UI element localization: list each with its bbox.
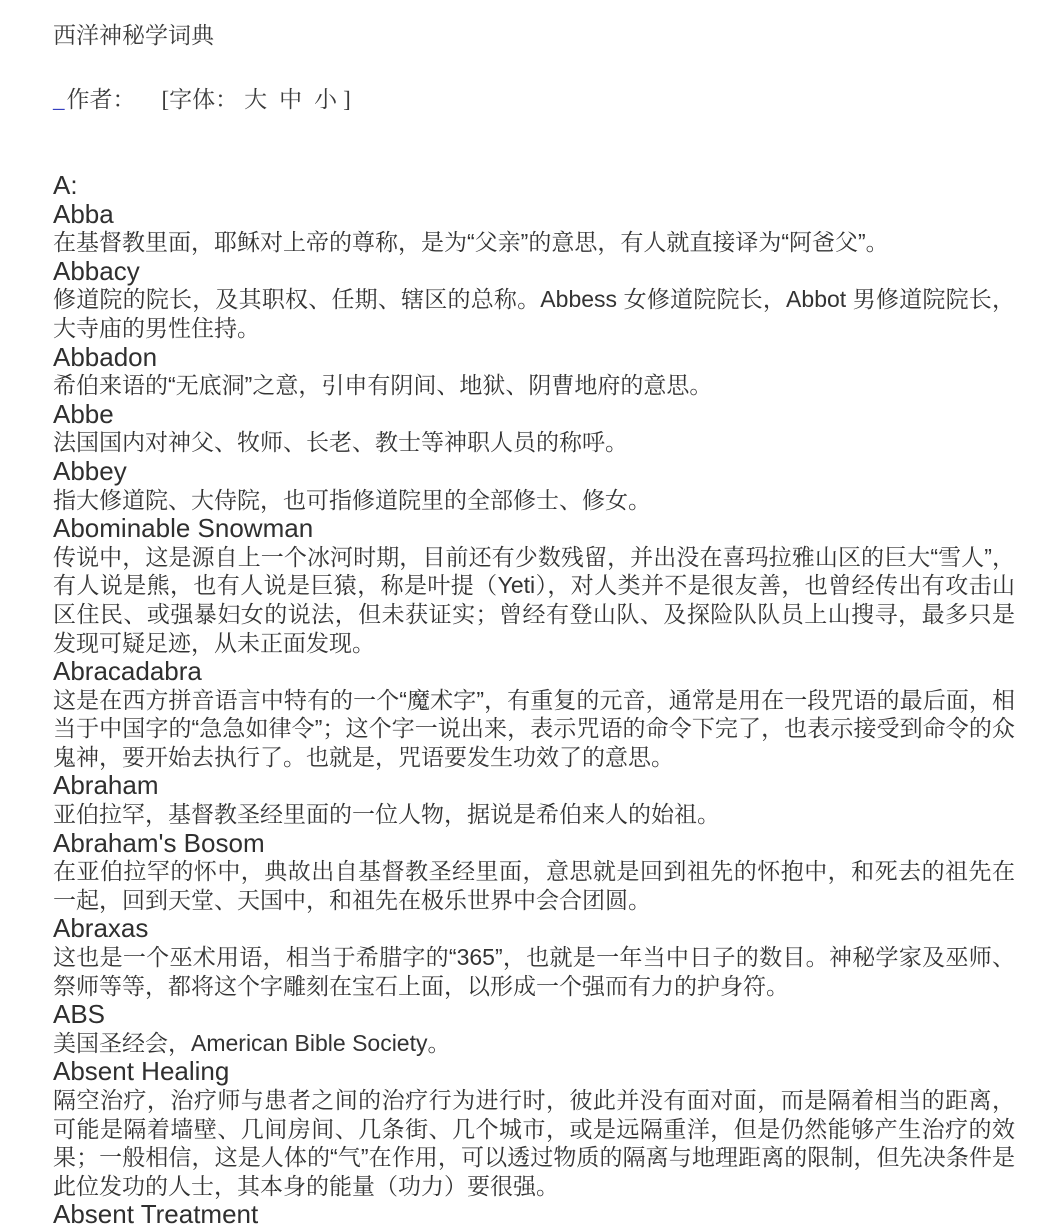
font-size-widget: [字体：大中小] (162, 87, 351, 112)
entry-term: Abracadabra (53, 657, 1015, 686)
entry-definition: 这也是一个巫术用语，相当于希腊字的“365”，也就是一年当中日子的数目。神秘学家… (53, 943, 1015, 1000)
entry-term: Abbadon (53, 343, 1015, 372)
entry-definition: 亚伯拉罕，基督教圣经里面的一位人物，据说是希伯来人的始祖。 (53, 800, 1015, 829)
entry-term: Absent Healing (53, 1057, 1015, 1086)
font-size-option-large[interactable]: 大 (244, 87, 267, 112)
entry-term: Absent Treatment (53, 1200, 1015, 1226)
section-letter: A: (53, 171, 1015, 200)
document-page: 西洋神秘学词典 _作者：[字体：大中小] A: Abba 在基督教里面，耶稣对上… (0, 0, 1061, 1226)
font-widget-prefix: [字体： (162, 87, 239, 112)
entry-definition: 希伯来语的“无底洞”之意，引申有阴间、地狱、阴曹地府的意思。 (53, 371, 1015, 400)
entry-definition: 隔空治疗，治疗师与患者之间的治疗行为进行时，彼此并没有面对面，而是隔着相当的距离… (53, 1086, 1015, 1200)
entry-term: Abraham (53, 771, 1015, 800)
author-link-underscore[interactable]: _ (53, 87, 65, 112)
entry-term: Abraxas (53, 914, 1015, 943)
entry-definition: 修道院的院长，及其职权、任期、辖区的总称。Abbess 女修道院院长，Abbot… (53, 285, 1015, 342)
entry-term: Abbacy (53, 257, 1015, 286)
entry-definition: 在亚伯拉罕的怀中，典故出自基督教圣经里面，意思就是回到祖先的怀抱中，和死去的祖先… (53, 857, 1015, 914)
entry-definition: 美国圣经会，American Bible Society。 (53, 1029, 1015, 1058)
font-widget-suffix: ] (343, 87, 351, 112)
entry-definition: 传说中，这是源自上一个冰河时期，目前还有少数残留，并出没在喜玛拉雅山区的巨大“雪… (53, 543, 1015, 657)
entry-term: ABS (53, 1000, 1015, 1029)
entry-term: Abbe (53, 400, 1015, 429)
entry-definition: 这是在西方拼音语言中特有的一个“魔术字”，有重复的元音，通常是用在一段咒语的最后… (53, 686, 1015, 772)
author-label: 作者： (67, 87, 136, 112)
entry-term: Abraham's Bosom (53, 829, 1015, 858)
entry-term: Abba (53, 200, 1015, 229)
entry-definition: 在基督教里面，耶稣对上帝的尊称，是为“父亲”的意思，有人就直接译为“阿爸父”。 (53, 228, 1015, 257)
author-line: _作者：[字体：大中小] (53, 86, 1015, 114)
font-size-option-medium[interactable]: 中 (279, 87, 302, 112)
font-size-option-small[interactable]: 小 (314, 87, 337, 112)
entry-term: Abbey (53, 457, 1015, 486)
dictionary-entries: A: Abba 在基督教里面，耶稣对上帝的尊称，是为“父亲”的意思，有人就直接译… (53, 171, 1015, 1226)
entry-definition: 法国国内对神父、牧师、长老、教士等神职人员的称呼。 (53, 428, 1015, 457)
entry-definition: 指大修道院、大侍院，也可指修道院里的全部修士、修女。 (53, 486, 1015, 515)
entry-term: Abominable Snowman (53, 514, 1015, 543)
page-title: 西洋神秘学词典 (53, 22, 1015, 50)
